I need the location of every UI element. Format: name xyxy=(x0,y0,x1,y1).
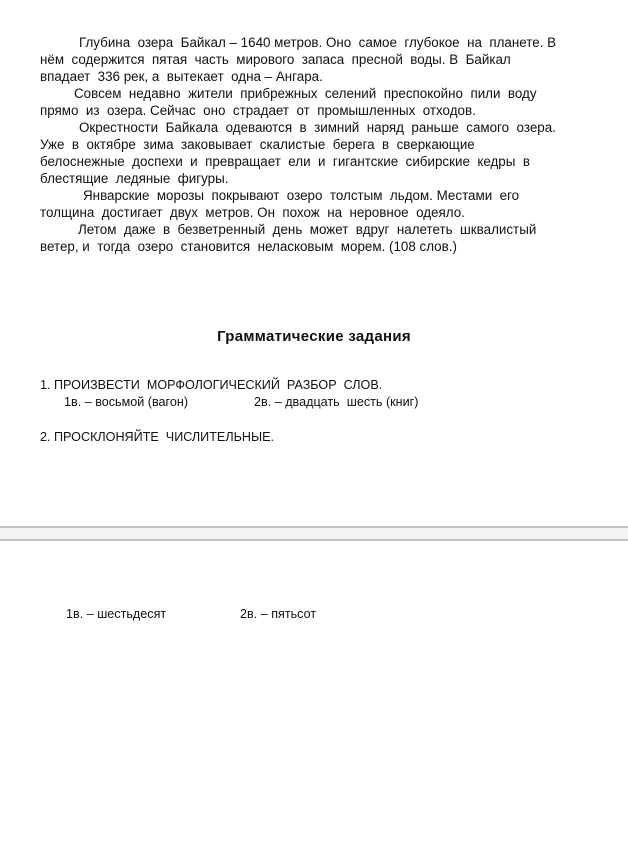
text-line: нём содержится пятая часть мирового запа… xyxy=(40,51,511,68)
task-2-variant-1: 1в. – шестьдесят xyxy=(66,607,166,621)
task-2-variant-2: 2в. – пятьсот xyxy=(240,607,316,621)
document-page-1: Глубина озера Байкал – 1640 метров. Оно … xyxy=(0,0,628,526)
text-line: ветер, и тогда озеро становится неласков… xyxy=(40,238,457,255)
task-1-variant-1: 1в. – восьмой (вагон) xyxy=(64,395,188,409)
text-line: Уже в октябре зима заковывает скалистые … xyxy=(40,136,475,153)
text-line: прямо из озера. Сейчас оно страдает от п… xyxy=(40,102,476,119)
task-2: 2. ПРОСКЛОНЯЙТЕ ЧИСЛИТЕЛЬНЫЕ. xyxy=(40,430,274,444)
text-line: Летом даже в безветренный день может вдр… xyxy=(78,221,536,238)
page-break xyxy=(0,526,628,541)
text-line: Глубина озера Байкал – 1640 метров. Оно … xyxy=(79,34,556,51)
text-line: Январские морозы покрывают озеро толстым… xyxy=(83,187,519,204)
task-1-variant-2: 2в. – двадцать шесть (книг) xyxy=(254,395,418,409)
text-line: Окрестности Байкала одеваются в зимний н… xyxy=(79,119,556,136)
text-line: белоснежные доспехи и превращает ели и г… xyxy=(40,153,530,170)
task-1: 1. ПРОИЗВЕСТИ МОРФОЛОГИЧЕСКИЙ РАЗБОР СЛО… xyxy=(40,378,382,392)
text-line: Совсем недавно жители прибрежных селений… xyxy=(74,85,537,102)
text-line: толщина достигает двух метров. Он похож … xyxy=(40,204,465,221)
text-line: впадает 336 рек, а вытекает одна – Ангар… xyxy=(40,68,323,85)
text-line: блестящие ледяные фигуры. xyxy=(40,170,228,187)
section-title: Грамматические задания xyxy=(0,328,628,345)
document-page-2: 1в. – шестьдесят 2в. – пятьсот xyxy=(0,541,628,856)
